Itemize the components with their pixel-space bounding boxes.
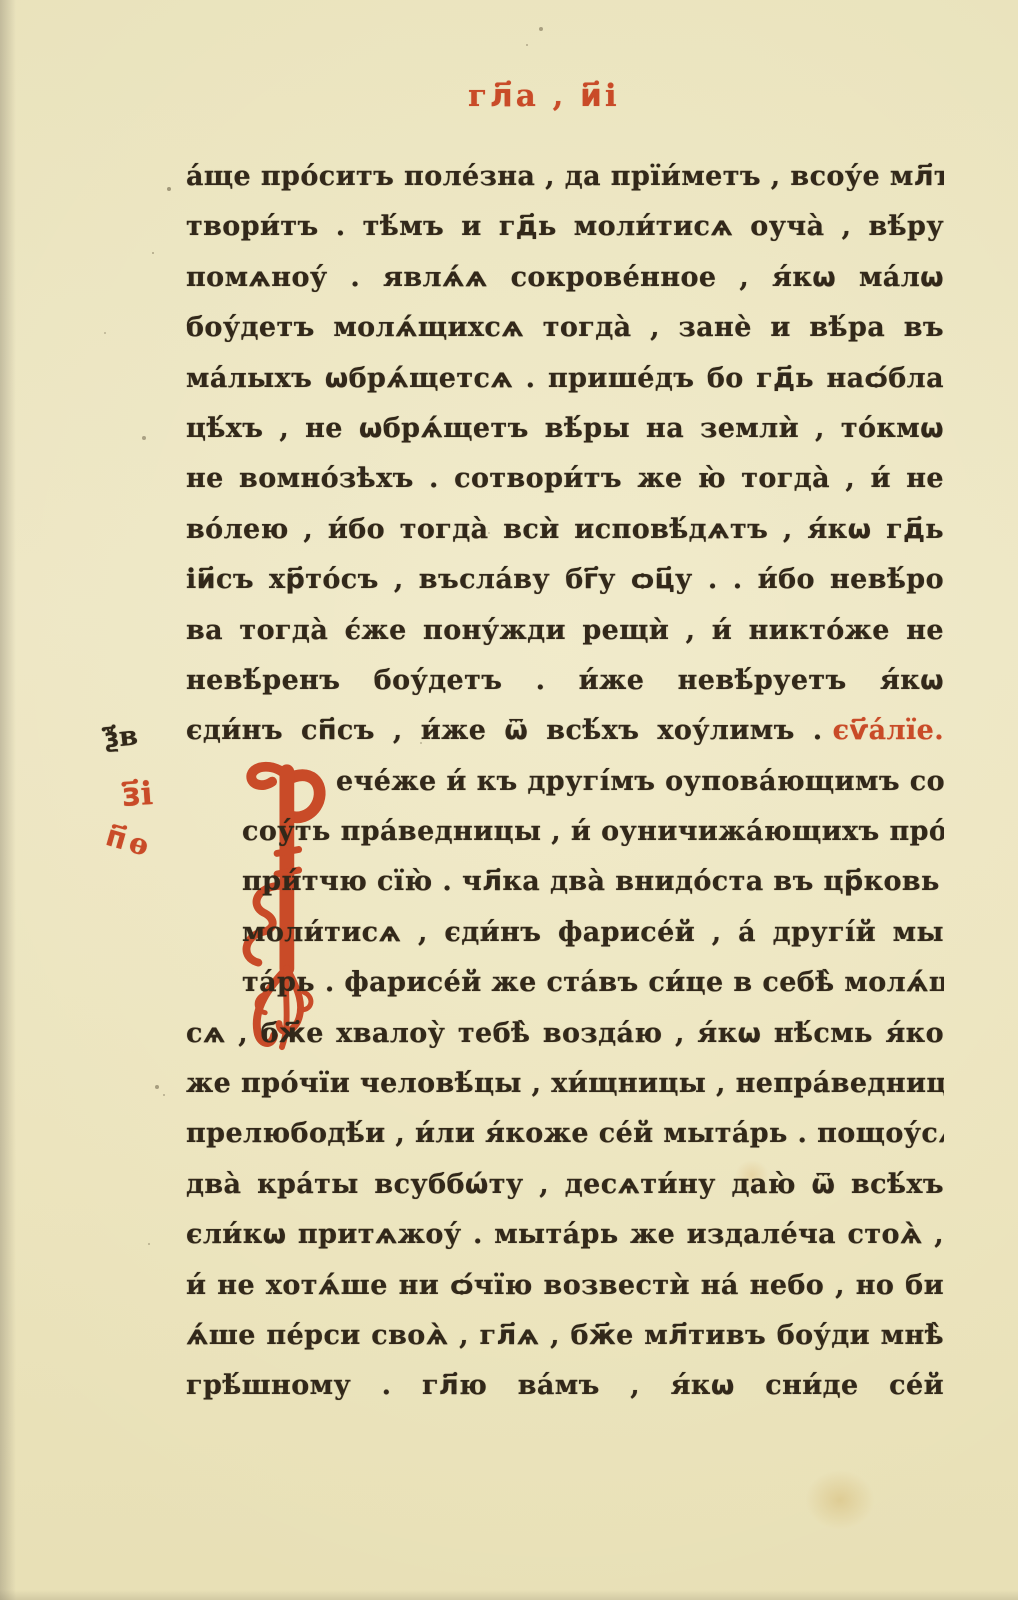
text-line: цѣ́хъ , не ѡбрѧ́щетъ вѣ́ры на землѝ , то… (186, 404, 944, 454)
text-line: та́рь . фарисе́й же ста́въ си́це в себѣ̀… (186, 958, 944, 1008)
gospel-marker: єѵ҃а́лїе. (833, 706, 944, 756)
margin-number-red-2: п҃ѳ (102, 818, 157, 864)
text-line-with-gospel-marker: єди́нъ сп҃съ , и́же ѿ всѣ́хъ хоу́лимъ . … (186, 706, 944, 756)
text-line: помѧноу́ . явлѧ́ѧ сокрове́нное , я́кѡ ма… (186, 253, 944, 303)
ink-specks (0, 0, 2, 2)
scan-edge-shade (0, 0, 16, 1600)
text-line: боу́детъ молѧ́щихсѧ тогда̀ , занѐ и вѣ́р… (186, 303, 944, 353)
text-line: во́лею , и́бо тогда̀ всѝ исповѣ́дѧтъ , я… (186, 505, 944, 555)
scan-edge-shade-bottom (0, 1590, 1018, 1600)
text-line: грѣ́шному . гл҃ю ва́мъ , я́кѡ сни́де се́… (186, 1361, 944, 1411)
text-line: а́ще про́ситъ поле́зна , да прїи́метъ , … (186, 152, 944, 202)
text-line: при́тчю сїю̀ . чл҃ка два̀ внидо́ста въ ц… (186, 857, 944, 907)
text-line: два̀ кра́ты всуббѡ́ту , десѧти́ну даю̀ ѿ… (186, 1160, 944, 1210)
text-line: соу́ть пра́ведницы , и́ оуничижа́ющихъ п… (186, 807, 944, 857)
text-line: и́ не хотѧ́ше ни ѻ́чїю возвестѝ на́ небо… (186, 1261, 944, 1311)
text-line: іи҃съ хр҃то́съ , въсла́ву бг҃у ѻц҃у . . … (186, 555, 944, 605)
text-line: єди́нъ сп҃съ , и́же ѿ всѣ́хъ хоу́лимъ . (186, 706, 823, 756)
text-block: а́ще про́ситъ поле́зна , да прїи́метъ , … (186, 152, 944, 1412)
text-line: моли́тисѧ , єди́нъ фарисе́й , а́ другі́й… (186, 908, 944, 958)
text-line: єли́кѡ притѧжоу́ . мыта́рь же издале́ча … (186, 1210, 944, 1260)
text-line: твори́тъ . тѣ́мъ и гд҃ь моли́тисѧ оуча̀ … (186, 202, 944, 252)
text-line: прелюбодѣ́и , и́ли я́коже се́й мыта́рь .… (186, 1109, 944, 1159)
margin-number-red-1: з҃і (121, 774, 154, 814)
text-line-paragraph-start: ече́же и́ къ другі́мъ оупова́ющимъ собо́… (186, 757, 944, 807)
text-line: же про́чїи человѣ́цы , хи́щницы , непра́… (186, 1059, 944, 1109)
text-line: ва тогда̀ є́же пону́жди рещѝ , и́ никто́… (186, 606, 944, 656)
margin-reference-black: ѯ҃в (102, 720, 139, 754)
text-line: сѧ , бж҃е хвалоу̀ тебѣ̀ возда́ю , я́кѡ н… (186, 1009, 944, 1059)
text-line: невѣ́ренъ боу́детъ . и́же невѣ́руетъ я́к… (186, 656, 944, 706)
book-page-scan: гл҃а , и҃і ѯ҃в з҃і п҃ѳ Р а́ще про́ситъ (0, 0, 1018, 1600)
paper-stain (805, 1470, 875, 1530)
chapter-heading: гл҃а , и҃і (468, 78, 620, 114)
text-line: ѧ́ше пе́рси своѧ̀ , гл҃ѧ , бж҃е мл҃тивъ … (186, 1311, 944, 1361)
text-line: ма́лыхъ ѡбрѧ́щетсѧ . прише́дъ бо гд҃ь на… (186, 354, 944, 404)
text-line: не вомно́зѣхъ . сотвори́тъ же ю̀ тогда̀ … (186, 454, 944, 504)
